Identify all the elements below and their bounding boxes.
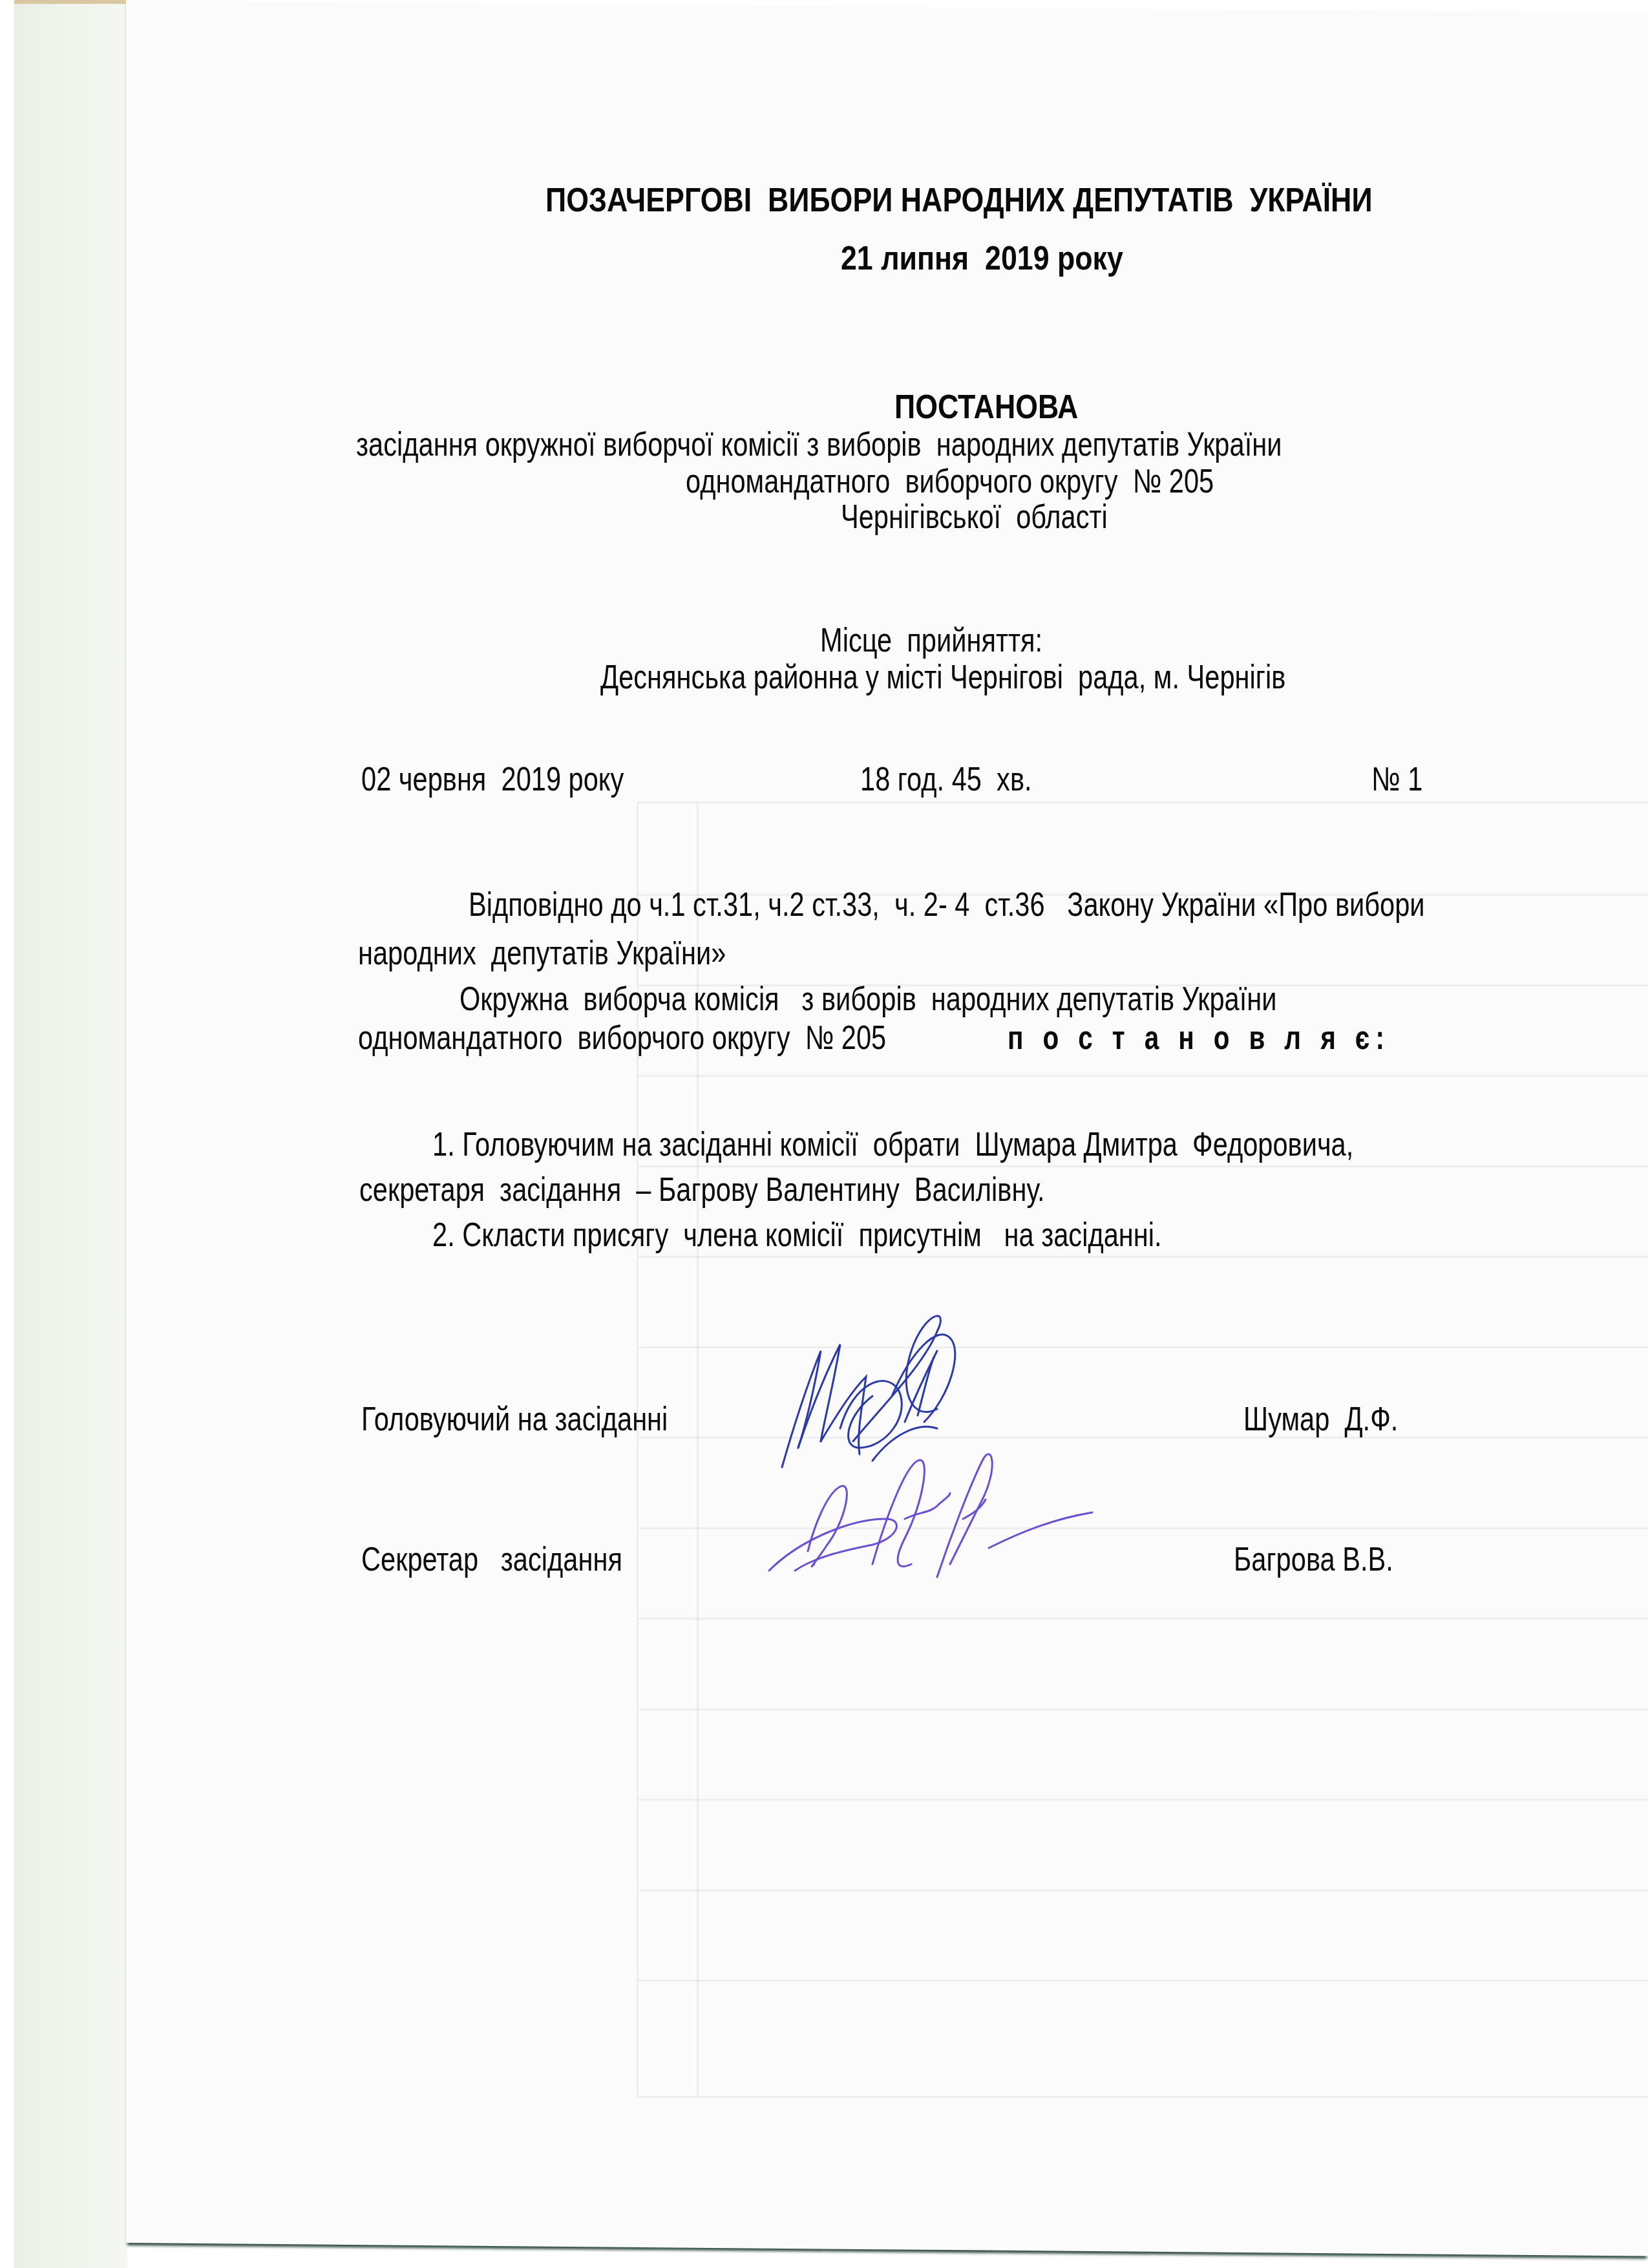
chair-role: Головуючий на засіданні: [343, 1369, 745, 1436]
meeting-time: 18 год. 45 хв.: [841, 729, 1075, 796]
secretary-name: Багрова В.В.: [1215, 1509, 1433, 1576]
secretary-signature-icon: [743, 1441, 1131, 1590]
decree-word: п о с т а н о в л я є:: [989, 988, 1498, 1055]
election-date-text: 21 липня 2019 року: [841, 242, 1123, 275]
secretary-role: Секретар засідання: [343, 1509, 688, 1576]
paper-edge: [14, 0, 131, 4]
preamble-line-4: одномандатного виборчого округу № 205: [339, 988, 1018, 1055]
place-value: Деснянська районна у місті Чернігові рад…: [582, 627, 1457, 694]
resolution-subtitle-3: Чернігівської області: [822, 467, 1174, 534]
scanner-margin: [14, 0, 127, 2268]
meeting-date: 02 червня 2019 року: [343, 729, 690, 796]
resolution-number: № 1: [1353, 729, 1435, 796]
item-2-line-1: 2. Скласти присягу члена комісії присутн…: [414, 1185, 1344, 1252]
election-date: 21 липня 2019 року: [822, 208, 1169, 275]
chair-name: Шумар Д.Ф.: [1225, 1369, 1437, 1436]
election-title: ПОЗАЧЕРГОВІ ВИБОРИ НАРОДНИХ ДЕПУТАТІВ УК…: [527, 150, 1507, 217]
